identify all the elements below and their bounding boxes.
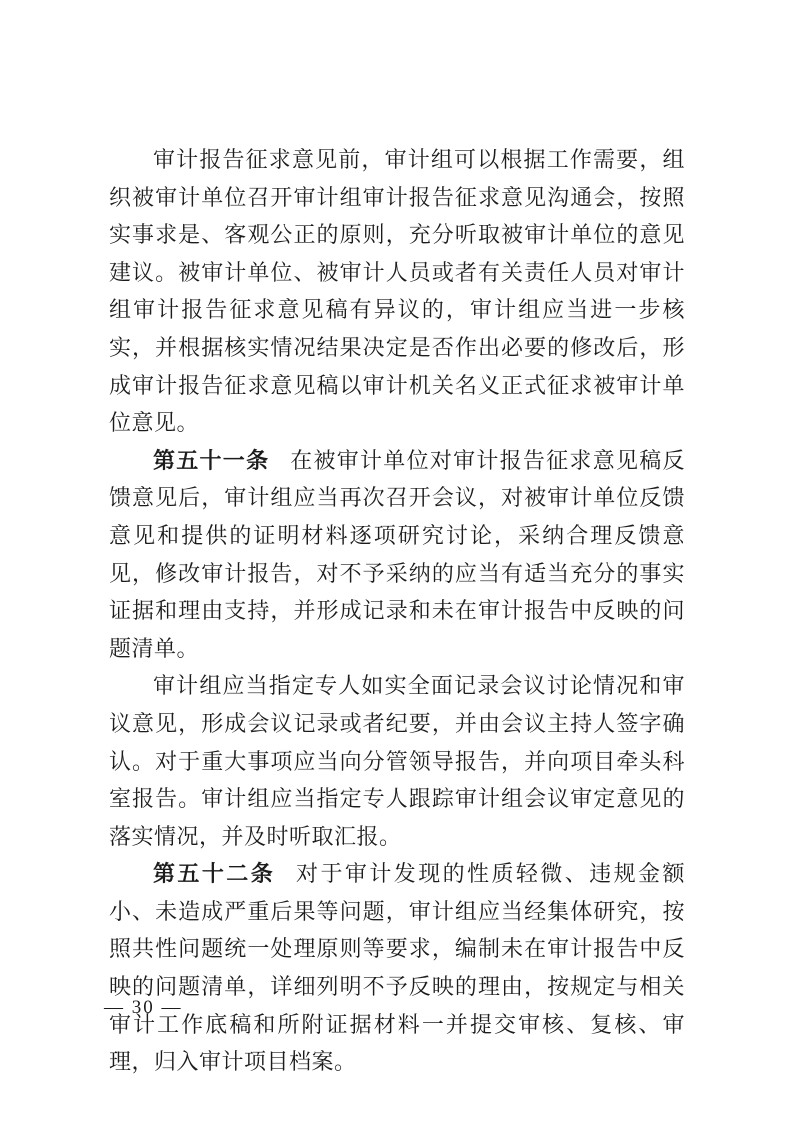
- paragraph-text: 审计组应当指定专人如实全面记录会议讨论情况和审议意见，形成会议记录或者纪要，并由…: [109, 673, 685, 848]
- paragraph-article-51: 第五十一条在被审计单位对审计报告征求意见稿反馈意见后，审计组应当再次召开会议，对…: [109, 442, 685, 668]
- paragraph-solicit-opinions: 审计报告征求意见前，审计组可以根据工作需要，组织被审计单位召开审计组审计报告征求…: [109, 141, 685, 442]
- paragraph-article-52: 第五十二条对于审计发现的性质轻微、违规金额小、未造成严重后果等问题，审计组应当经…: [109, 855, 685, 1081]
- article-number: 第五十一条: [153, 448, 269, 473]
- paragraph-text: 在被审计单位对审计报告征求意见稿反馈意见后，审计组应当再次召开会议，对被审计单位…: [109, 448, 685, 661]
- paragraph-text: 对于审计发现的性质轻微、违规金额小、未造成严重后果等问题，审计组应当经集体研究，…: [109, 861, 685, 1074]
- page-number: — 30 —: [104, 997, 183, 1019]
- article-number: 第五十二条: [153, 861, 275, 886]
- document-page: 审计报告征求意见前，审计组可以根据工作需要，组织被审计单位召开审计组审计报告征求…: [0, 0, 793, 1122]
- paragraph-text: 审计报告征求意见前，审计组可以根据工作需要，组织被审计单位召开审计组审计报告征求…: [109, 147, 685, 435]
- paragraph-meeting-record: 审计组应当指定专人如实全面记录会议讨论情况和审议意见，形成会议记录或者纪要，并由…: [109, 667, 685, 855]
- document-body: 审计报告征求意见前，审计组可以根据工作需要，组织被审计单位召开审计组审计报告征求…: [109, 141, 685, 1081]
